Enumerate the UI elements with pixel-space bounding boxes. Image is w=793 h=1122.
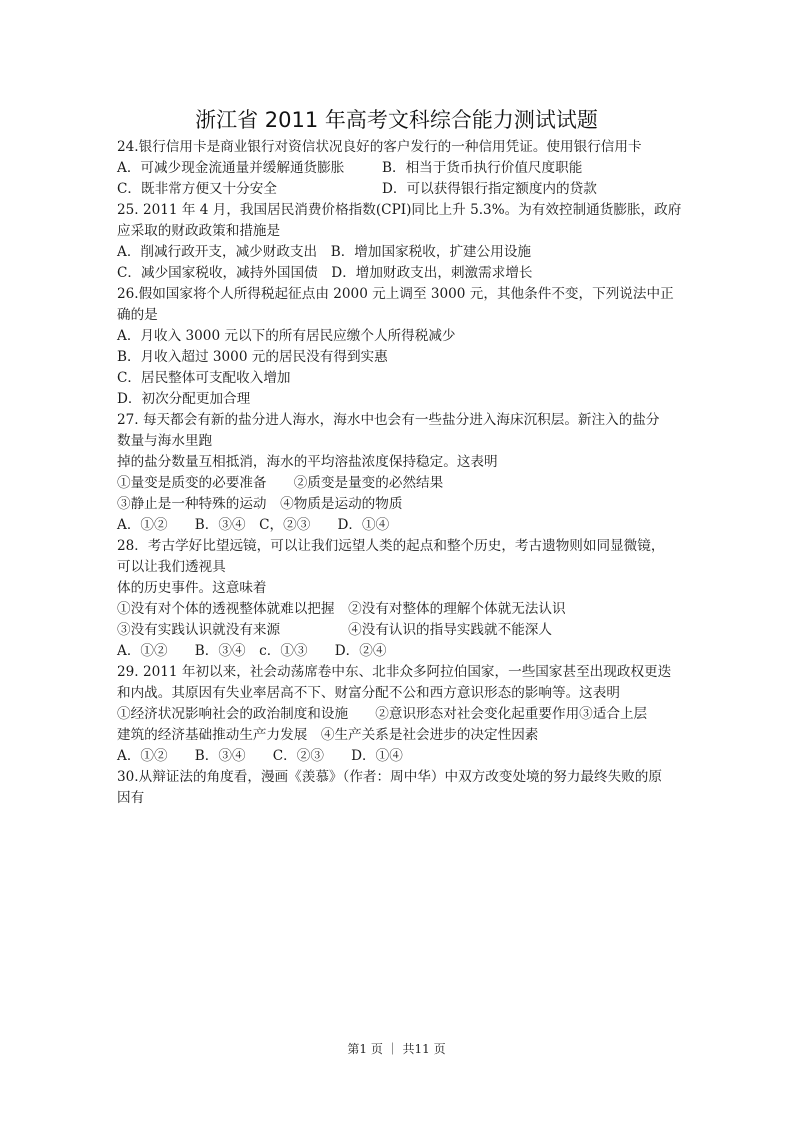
option-line: A．月收入 3000 元以下的所有居民应缴个人所得税减少 [117, 326, 682, 347]
question-24: 24.银行信用卡是商业银行对资信状况良好的客户发行的一种信用凭证。使用银行信用卡… [117, 137, 682, 200]
question-stem: 30.从辩证法的角度看，漫画《羡慕》（作者：周中华）中双方改变处境的努力最终失败… [117, 767, 682, 788]
question-stem: 确的是 [117, 305, 682, 326]
question-27: 27. 每天都会有新的盐分进人海水，海水中也会有一些盐分进入海床沉积层。新注入的… [117, 410, 682, 536]
page-number-footer: 第1 页 ｜ 共11 页 [0, 1040, 793, 1057]
option-line: ①没有对个体的透视整体就难以把握 ②没有对整体的理解个体就无法认识 [117, 599, 682, 620]
option-c: C．既非常方便又十分安全 [117, 179, 382, 200]
option-line: ③没有实践认识就没有来源 ④没有认识的指导实践就不能深人 [117, 620, 682, 641]
option-row: C．既非常方便又十分安全 D．可以获得银行指定额度内的贷款 [117, 179, 682, 200]
option-line: ③静止是一种特殊的运动 ④物质是运动的物质 [117, 494, 682, 515]
question-stem: 掉的盐分数量互相抵消，海水的平均溶盐浓度保持稳定。这表明 [117, 452, 682, 473]
question-stem: 和内战。其原因有失业率居高不下、财富分配不公和西方意识形态的影响等。这表明 [117, 683, 682, 704]
option-d: D．可以获得银行指定额度内的贷款 [382, 179, 597, 200]
option-line: ①量变是质变的必要准备 ②质变是量变的必然结果 [117, 473, 682, 494]
question-28: 28．考古学好比望远镜，可以让我们远望人类的起点和整个历史，考古遗物则如同显微镜… [117, 536, 682, 662]
question-stem: 数量与海水里跑 [117, 431, 682, 452]
question-stem: 29. 2011 年初以来，社会动荡席卷中东、北非众多阿拉伯国家，一些国家甚至出… [117, 662, 682, 683]
question-26: 26.假如国家将个人所得税起征点由 2000 元上调至 3000 元，其他条件不… [117, 284, 682, 410]
option-b: B．相当于货币执行价值尺度职能 [382, 158, 582, 179]
question-stem: 24.银行信用卡是商业银行对资信状况良好的客户发行的一种信用凭证。使用银行信用卡 [117, 137, 682, 158]
option-line: C．居民整体可支配收入增加 [117, 368, 682, 389]
question-stem: 28．考古学好比望远镜，可以让我们远望人类的起点和整个历史，考古遗物则如同显微镜… [117, 536, 682, 557]
option-line: C．减少国家税收，减持外国国债 D．增加财政支出，刺激需求增长 [117, 263, 682, 284]
option-line: B．月收入超过 3000 元的居民没有得到实惠 [117, 347, 682, 368]
question-30: 30.从辩证法的角度看，漫画《羡慕》（作者：周中华）中双方改变处境的努力最终失败… [117, 767, 682, 809]
answer-choices: A．①② B．③④ C，②③ D．①④ [117, 515, 682, 536]
question-stem: 因有 [117, 788, 682, 809]
question-list: 24.银行信用卡是商业银行对资信状况良好的客户发行的一种信用凭证。使用银行信用卡… [117, 137, 682, 809]
answer-choices: A．①② B．③④ C．②③ D．①④ [117, 746, 682, 767]
option-row: A．可减少现金流通量并缓解通货膨胀 B．相当于货币执行价值尺度职能 [117, 158, 682, 179]
option-line: 建筑的经济基础推动生产力发展 ④生产关系是社会进步的决定性因素 [117, 725, 682, 746]
question-stem: 应采取的财政政策和措施是 [117, 221, 682, 242]
option-line: ①经济状况影响社会的政治制度和设施 ②意识形态对社会变化起重要作用③适合上层 [117, 704, 682, 725]
option-a: A．可减少现金流通量并缓解通货膨胀 [117, 158, 382, 179]
page-title: 浙江省 2011 年高考文科综合能力测试试题 [0, 104, 793, 134]
question-25: 25. 2011 年 4 月，我国居民消费价格指数(CPI)同比上升 5.3%。… [117, 200, 682, 284]
question-29: 29. 2011 年初以来，社会动荡席卷中东、北非众多阿拉伯国家，一些国家甚至出… [117, 662, 682, 767]
answer-choices: A．①② B．③④ c．①③ D．②④ [117, 641, 682, 662]
question-stem: 26.假如国家将个人所得税起征点由 2000 元上调至 3000 元，其他条件不… [117, 284, 682, 305]
option-line: A．削减行政开支，减少财政支出 B．增加国家税收，扩建公用设施 [117, 242, 682, 263]
question-stem: 体的历史事件。这意味着 [117, 578, 682, 599]
question-stem: 可以让我们透视具 [117, 557, 682, 578]
question-stem: 25. 2011 年 4 月，我国居民消费价格指数(CPI)同比上升 5.3%。… [117, 200, 682, 221]
option-line: D．初次分配更加合理 [117, 389, 682, 410]
question-stem: 27. 每天都会有新的盐分进人海水，海水中也会有一些盐分进入海床沉积层。新注入的… [117, 410, 682, 431]
